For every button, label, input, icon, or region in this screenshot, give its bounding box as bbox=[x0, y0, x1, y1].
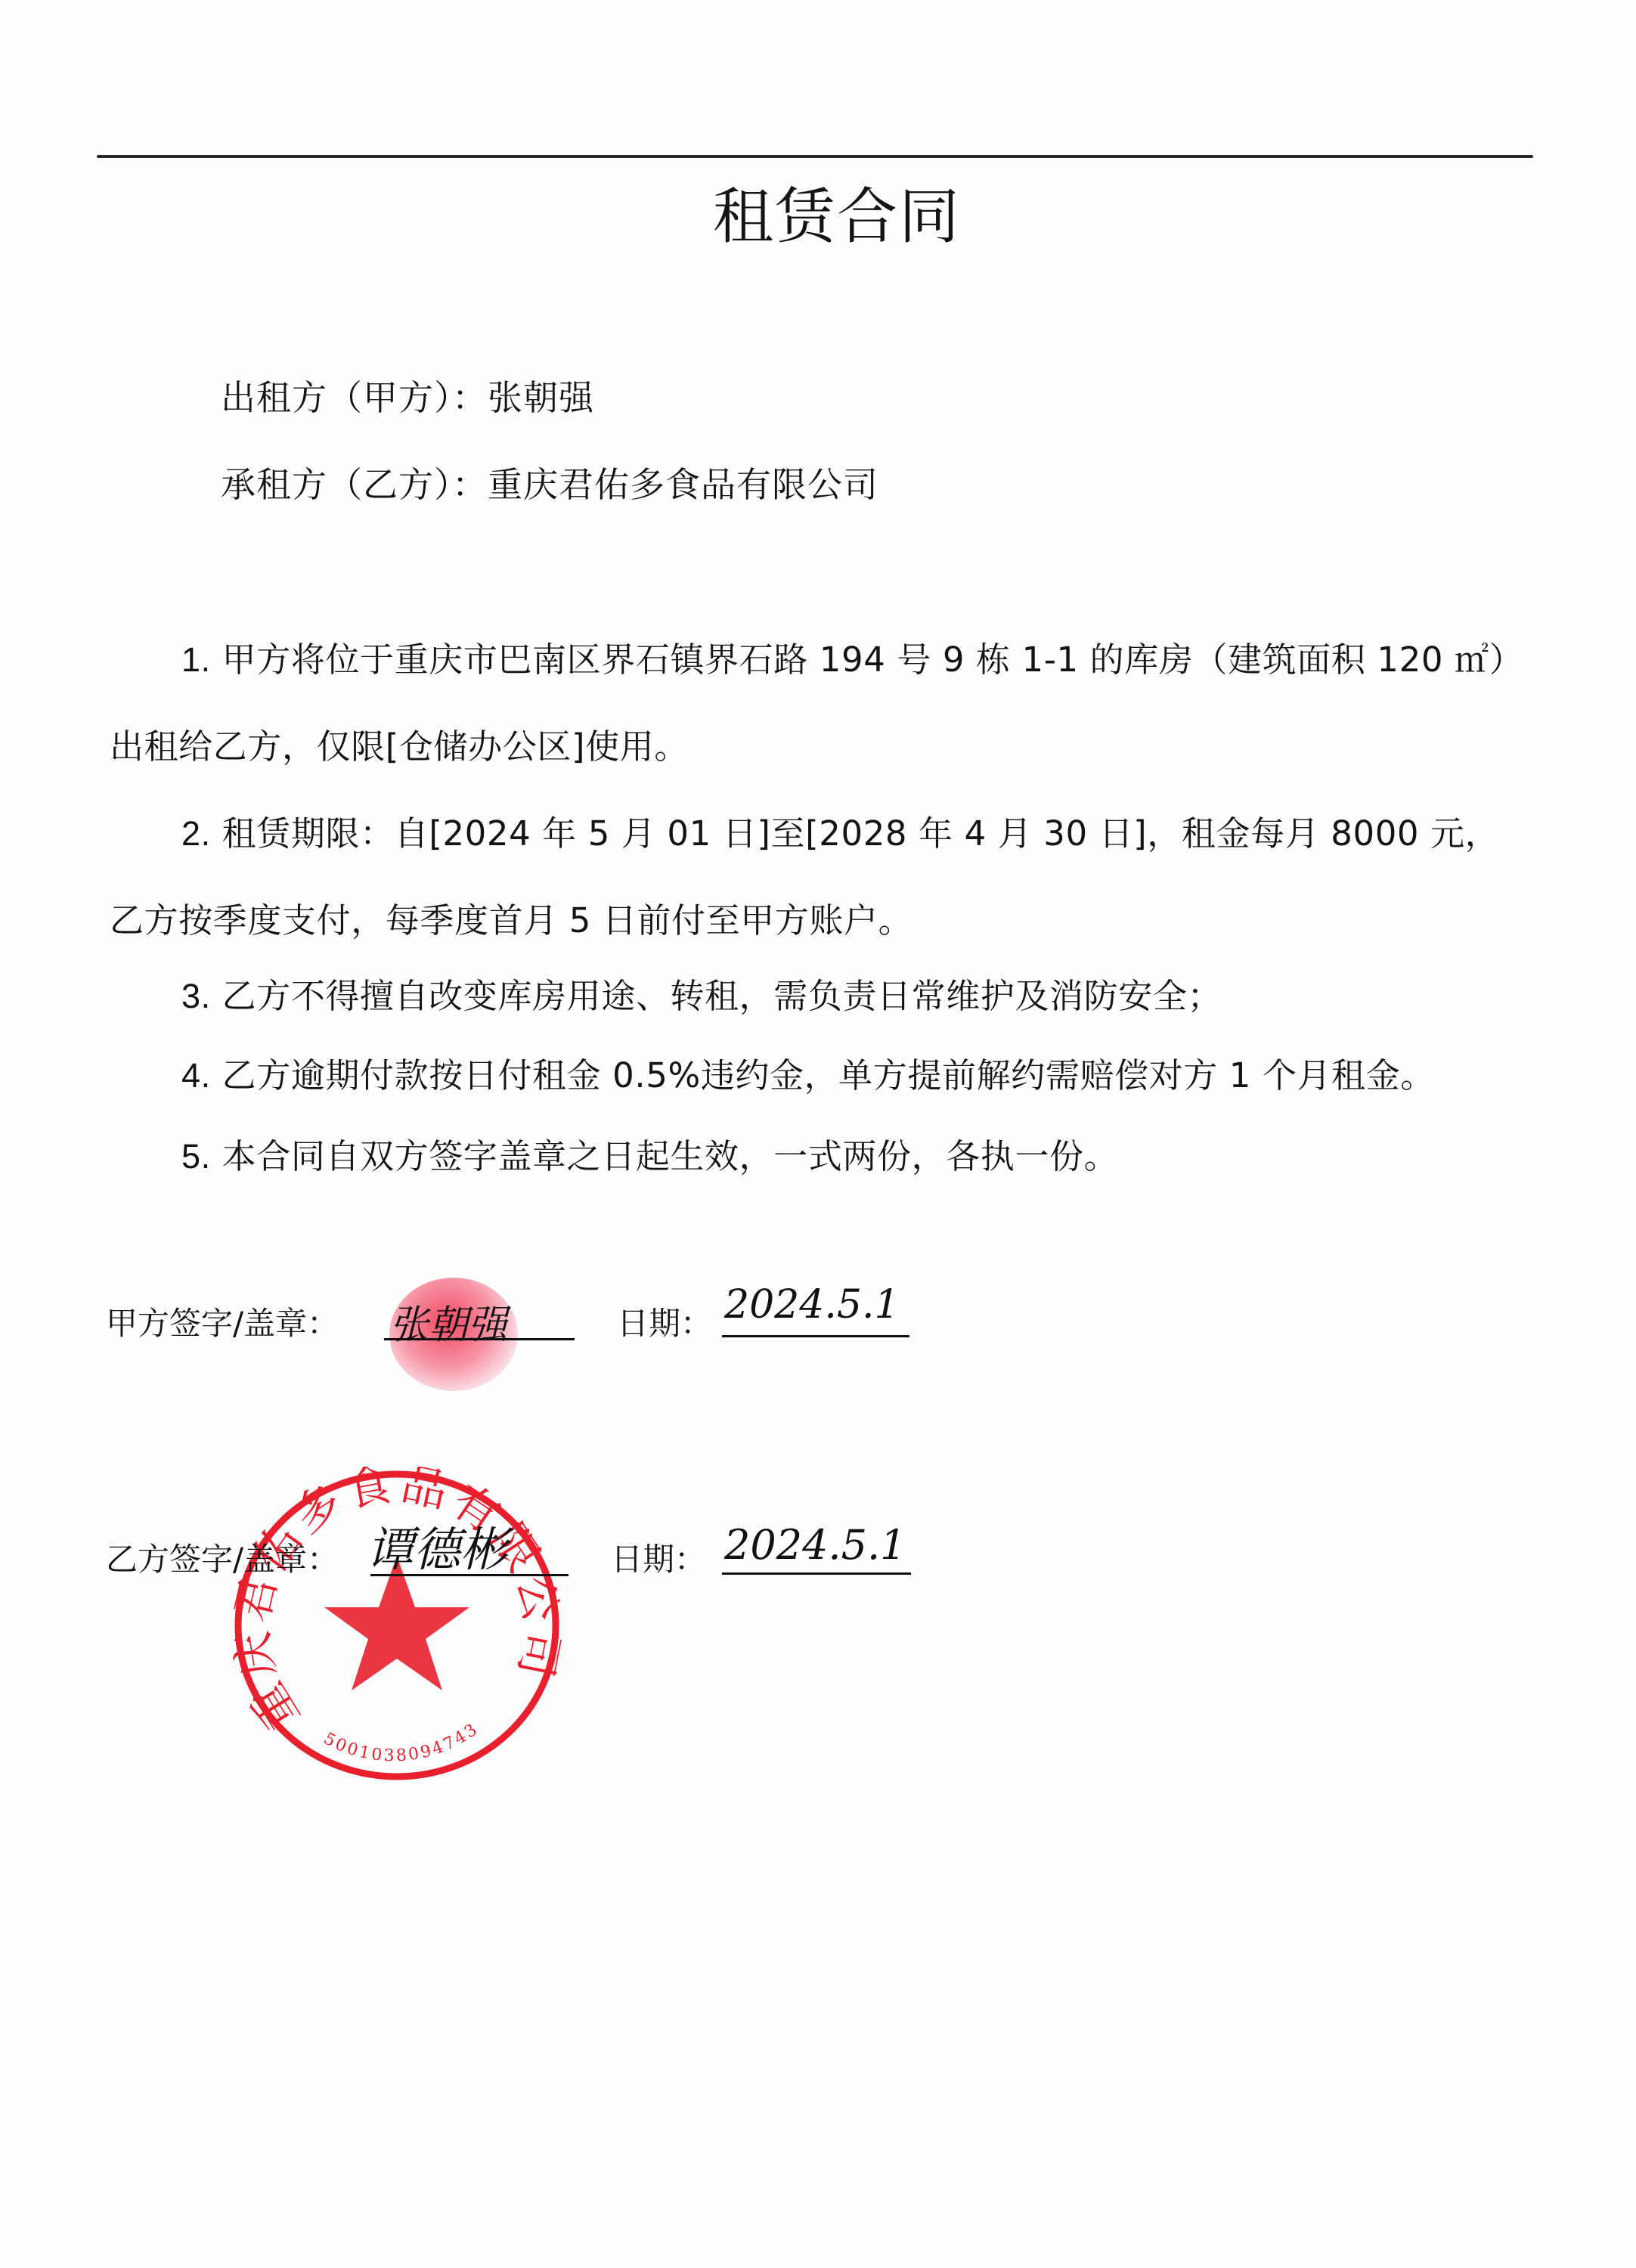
clause-3: 3. 乙方不得擅自改变库房用途、转租，需负责日常维护及消防安全； bbox=[110, 953, 1531, 1039]
party-b-signature: 谭德彬 bbox=[367, 1512, 507, 1579]
clause-text: 乙方不得擅自改变库房用途、转租，需负责日常维护及消防安全； bbox=[222, 976, 1222, 1016]
svg-text:5001038094743: 5001038094743 bbox=[321, 1719, 482, 1765]
lessee-label: 承租方（乙方）： bbox=[221, 464, 488, 505]
lessor-label: 出租方（甲方）： bbox=[221, 377, 488, 418]
clause-5: 5. 本合同自双方签字盖章之日起生效，一式两份，各执一份。 bbox=[110, 1113, 1531, 1200]
clause-text: 本合同自双方签字盖章之日起生效，一式两份，各执一份。 bbox=[222, 1136, 1119, 1176]
party-a-signature-row: 甲方签字/盖章： 张朝强 日期： 2024.5.1 bbox=[106, 1299, 937, 1344]
party-a-date-label: 日期： bbox=[617, 1299, 712, 1344]
clause-number: 1. bbox=[181, 640, 211, 679]
party-b-signature-line bbox=[370, 1574, 569, 1576]
party-a-signature: 张朝强 bbox=[389, 1293, 507, 1349]
clause-number: 5. bbox=[181, 1137, 211, 1176]
party-b-date-line bbox=[722, 1572, 911, 1575]
lessor-line: 出租方（甲方）：张朝强 bbox=[221, 370, 594, 420]
party-b-signature-row: 乙方签字/盖章： 谭德彬 日期： 2024.5.1 bbox=[106, 1535, 937, 1580]
lessee-name: 重庆君佑多食品有限公司 bbox=[488, 464, 878, 505]
party-a-date: 2024.5.1 bbox=[724, 1282, 900, 1328]
clause-2: 2. 租赁期限：自[2024 年 5 月 01 日]至[2028 年 4 月 3… bbox=[110, 790, 1531, 964]
party-a-date-line bbox=[722, 1335, 909, 1337]
party-b-date: 2024.5.1 bbox=[724, 1521, 906, 1569]
lessee-line: 承租方（乙方）：重庆君佑多食品有限公司 bbox=[221, 457, 878, 507]
clause-text: 租赁期限：自[2024 年 5 月 01 日]至[2028 年 4 月 30 日… bbox=[110, 813, 1499, 940]
clause-text: 乙方逾期付款按日付租金 0.5%违约金，单方提前解约需赔偿对方 1 个月租金。 bbox=[222, 1055, 1435, 1095]
lessor-name: 张朝强 bbox=[488, 377, 594, 418]
clause-number: 4. bbox=[181, 1056, 211, 1095]
clause-1: 1. 甲方将位于重庆市巴南区界石镇界石路 194 号 9 栋 1-1 的库房（建… bbox=[110, 616, 1531, 790]
clause-number: 3. bbox=[181, 977, 211, 1015]
party-b-sign-label: 乙方签字/盖章： bbox=[106, 1535, 339, 1580]
stamp-code: 5001038094743 bbox=[321, 1719, 482, 1765]
clause-4: 4. 乙方逾期付款按日付租金 0.5%违约金，单方提前解约需赔偿对方 1 个月租… bbox=[110, 1032, 1531, 1119]
party-a-signature-line bbox=[384, 1338, 575, 1340]
party-a-sign-label: 甲方签字/盖章： bbox=[106, 1299, 339, 1344]
header-rule bbox=[97, 155, 1533, 158]
clause-text: 甲方将位于重庆市巴南区界石镇界石路 194 号 9 栋 1-1 的库房（建筑面积… bbox=[110, 640, 1523, 767]
clause-number: 2. bbox=[181, 814, 211, 853]
document-title: 租赁合同 bbox=[0, 168, 1636, 255]
party-b-date-label: 日期： bbox=[611, 1535, 706, 1580]
